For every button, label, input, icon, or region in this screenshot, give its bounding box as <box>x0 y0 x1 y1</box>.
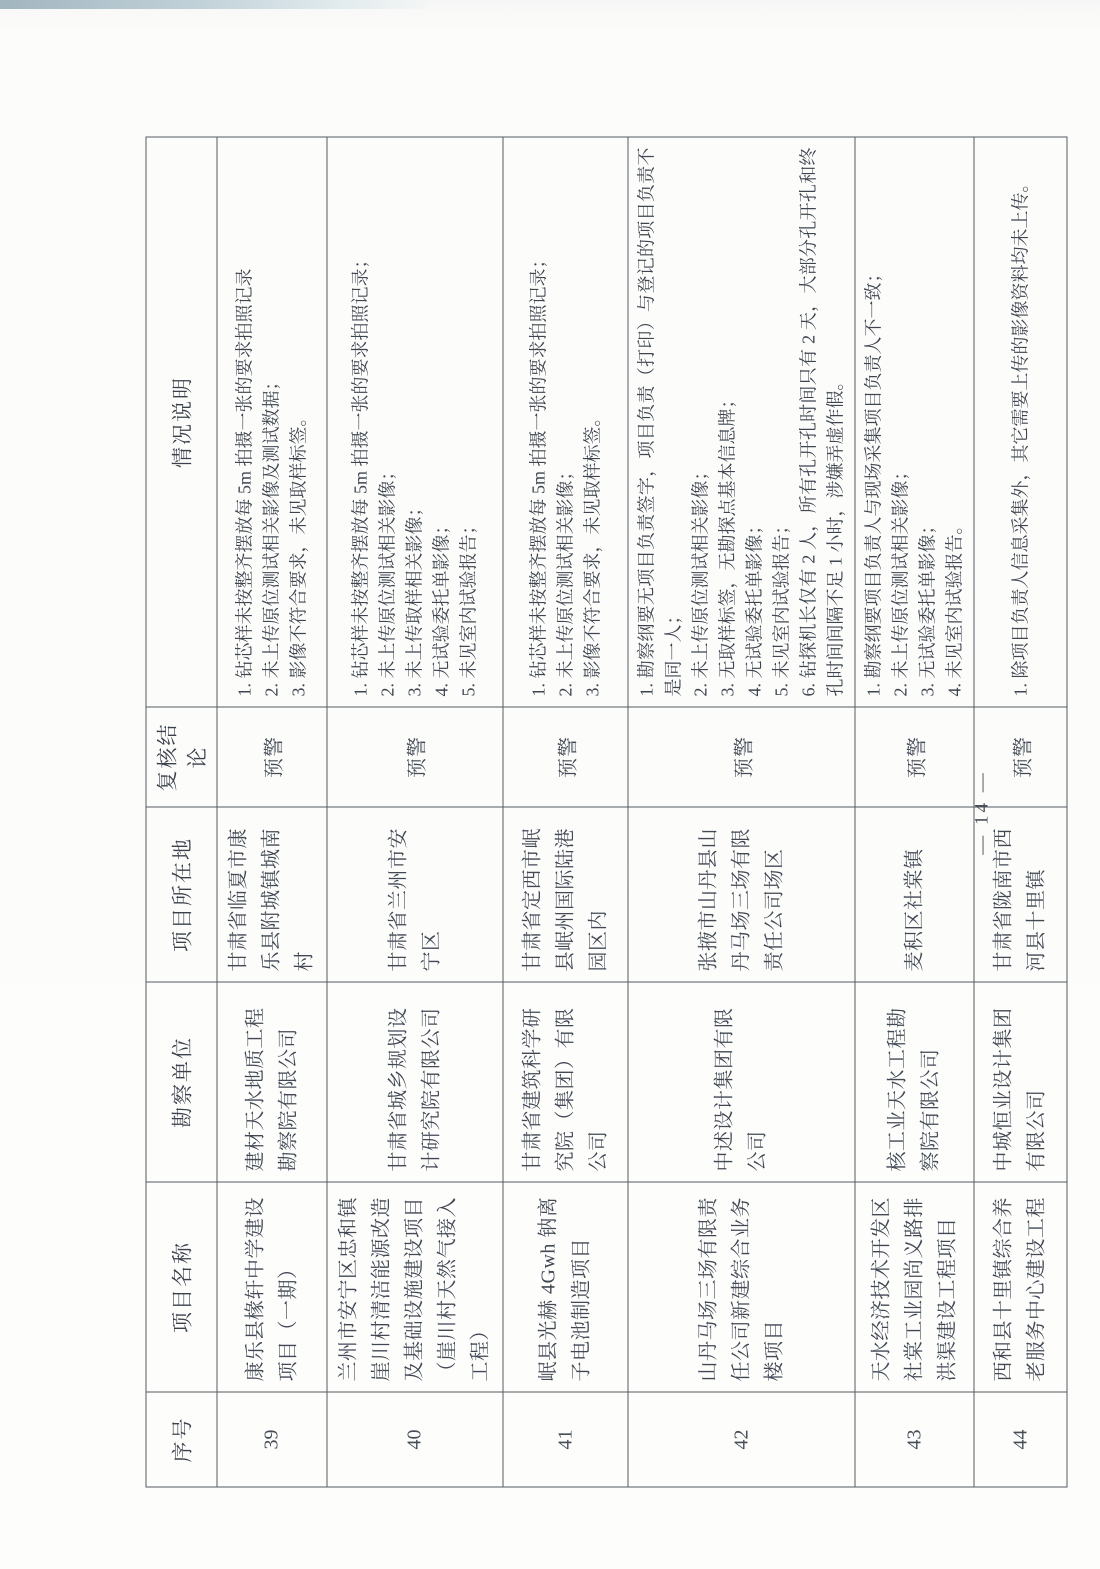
detail-item: 3. 无试验委托单影像； <box>915 148 942 697</box>
detail-item: 3. 无取样标签，无勘探点基本信息牌； <box>715 148 742 697</box>
cell-details: 1. 勘察纲要项目负责人与现场采集项目负责人不一致； 2. 未上传原位测试相关影… <box>855 137 974 707</box>
detail-item: 2. 未上传原位测试相关影像； <box>688 148 715 697</box>
detail-item: 1. 钻芯样未按整齐摆放每 5m 拍摄一张的要求拍照记录 <box>232 148 259 697</box>
detail-item: 4. 无试验委托单影像； <box>742 148 769 697</box>
cell-conclusion: 预警 <box>327 707 503 807</box>
cell-serial: 39 <box>217 1392 327 1487</box>
cell-location: 张掖市山丹县山丹马场三场有限责任公司场区 <box>628 807 855 982</box>
cell-survey-unit: 核工业天水工程勘察院有限公司 <box>855 982 974 1182</box>
detail-item: 3. 影像不符合要求，未见取样标签。 <box>579 148 606 697</box>
detail-item: 2. 未上传原位测试相关影像； <box>375 148 402 697</box>
cell-survey-unit: 甘肃省城乡规划设计研究院有限公司 <box>327 982 503 1182</box>
detail-item: 1. 钻芯样未按整齐摆放每 5m 拍摄一张的要求拍照记录； <box>348 148 375 697</box>
cell-details: 1. 钻芯样未按整齐摆放每 5m 拍摄一张的要求拍照记录； 2. 未上传原位测试… <box>503 137 628 707</box>
cell-survey-unit: 甘肃省建筑科学研究院（集团）有限公司 <box>503 982 628 1182</box>
detail-item: 2. 未上传原位测试相关影像； <box>552 148 579 697</box>
detail-item: 5. 未见室内试验报告； <box>456 148 483 697</box>
detail-item: 5. 未见室内试验报告； <box>769 148 796 697</box>
table-row-42: 42 山丹马场三场有限责任公司新建综合业务楼项目 中述设计集团有限公司 张掖市山… <box>628 137 855 1487</box>
cell-location: 甘肃省兰州市安宁区 <box>327 807 503 982</box>
detail-item: 1. 钻芯样未按整齐摆放每 5m 拍摄一张的要求拍照记录； <box>525 148 552 697</box>
header-description: 情况说明 <box>146 137 217 707</box>
rotated-table-container: 序号 项目名称 勘察单位 项目所在地 复核结论 情况说明 39 康乐县椽轩中学建… <box>146 138 959 1488</box>
detail-item: 1. 除项目负责人信息采集外，其它需要上传的影像资料均未上传。 <box>1007 148 1034 697</box>
cell-location: 甘肃省定西市岷县岷州国际陆港园区内 <box>503 807 628 982</box>
header-serial: 序号 <box>146 1392 217 1487</box>
cell-conclusion: 预警 <box>217 707 327 807</box>
cell-details: 1. 钻芯样未按整齐摆放每 5m 拍摄一张的要求拍照记录 2. 未上传原位测试相… <box>217 137 327 707</box>
cell-project-name: 天水经济技术开发区社棠工业园尚义路排洪渠建设工程项目 <box>855 1182 974 1392</box>
review-table: 序号 项目名称 勘察单位 项目所在地 复核结论 情况说明 39 康乐县椽轩中学建… <box>146 137 1068 1488</box>
cell-project-name: 山丹马场三场有限责任公司新建综合业务楼项目 <box>628 1182 855 1392</box>
detail-item: 6. 钻探机长仅有 2 人，所有孔开孔时间只有 2 天，大部分孔开孔和终孔时间间… <box>796 148 850 697</box>
detail-item: 1. 勘察纲要无项目负责签字，项目负责（打印）与登记的项目负责不是同一人； <box>634 148 688 697</box>
cell-serial: 42 <box>628 1392 855 1487</box>
table-row-40: 40 兰州市安宁区忠和镇崖川村清洁能源改造及基础设施建设项目（崖川村天然气接入工… <box>327 137 503 1487</box>
detail-item: 3. 影像不符合要求，未见取样标签。 <box>286 148 313 697</box>
detail-item: 4. 无试验委托单影像； <box>429 148 456 697</box>
detail-item: 2. 未上传原位测试相关影像； <box>888 148 915 697</box>
detail-item: 4. 未见室内试验报告。 <box>942 148 969 697</box>
cell-survey-unit: 建材天水地质工程勘察院有限公司 <box>217 982 327 1182</box>
header-survey-unit: 勘察单位 <box>146 982 217 1182</box>
cell-serial: 41 <box>503 1392 628 1487</box>
cell-survey-unit: 中述设计集团有限公司 <box>628 982 855 1182</box>
cell-location: 甘肃省临夏市康乐县附城镇城南村 <box>217 807 327 982</box>
page-number: — 14 — <box>972 138 994 1488</box>
cell-serial: 40 <box>327 1392 503 1487</box>
cell-project-name: 兰州市安宁区忠和镇崖川村清洁能源改造及基础设施建设项目（崖川村天然气接入工程） <box>327 1182 503 1392</box>
header-conclusion: 复核结论 <box>146 707 217 807</box>
cell-project-name: 岷县光赫 4Gwh 钠离子电池制造项目 <box>503 1182 628 1392</box>
header-row: 序号 项目名称 勘察单位 项目所在地 复核结论 情况说明 <box>146 137 217 1487</box>
detail-item: 3. 未上传取样相关影像； <box>402 148 429 697</box>
table-row-41: 41 岷县光赫 4Gwh 钠离子电池制造项目 甘肃省建筑科学研究院（集团）有限公… <box>503 137 628 1487</box>
cell-conclusion: 预警 <box>855 707 974 807</box>
cell-project-name: 康乐县椽轩中学建设项目（一期） <box>217 1182 327 1392</box>
cell-location: 麦积区社棠镇 <box>855 807 974 982</box>
scan-edge-artifact <box>0 0 560 9</box>
cell-serial: 43 <box>855 1392 974 1487</box>
cell-conclusion: 预警 <box>628 707 855 807</box>
header-location: 项目所在地 <box>146 807 217 982</box>
cell-details: 1. 钻芯样未按整齐摆放每 5m 拍摄一张的要求拍照记录； 2. 未上传原位测试… <box>327 137 503 707</box>
header-project-name: 项目名称 <box>146 1182 217 1392</box>
cell-details: 1. 勘察纲要无项目负责签字，项目负责（打印）与登记的项目负责不是同一人； 2.… <box>628 137 855 707</box>
table-row-43: 43 天水经济技术开发区社棠工业园尚义路排洪渠建设工程项目 核工业天水工程勘察院… <box>855 137 974 1487</box>
detail-item: 1. 勘察纲要项目负责人与现场采集项目负责人不一致； <box>861 148 888 697</box>
table-row-39: 39 康乐县椽轩中学建设项目（一期） 建材天水地质工程勘察院有限公司 甘肃省临夏… <box>217 137 327 1487</box>
scanned-page: 序号 项目名称 勘察单位 项目所在地 复核结论 情况说明 39 康乐县椽轩中学建… <box>0 0 1100 1569</box>
cell-conclusion: 预警 <box>503 707 628 807</box>
detail-item: 2. 未上传原位测试相关影像及测试数据； <box>259 148 286 697</box>
